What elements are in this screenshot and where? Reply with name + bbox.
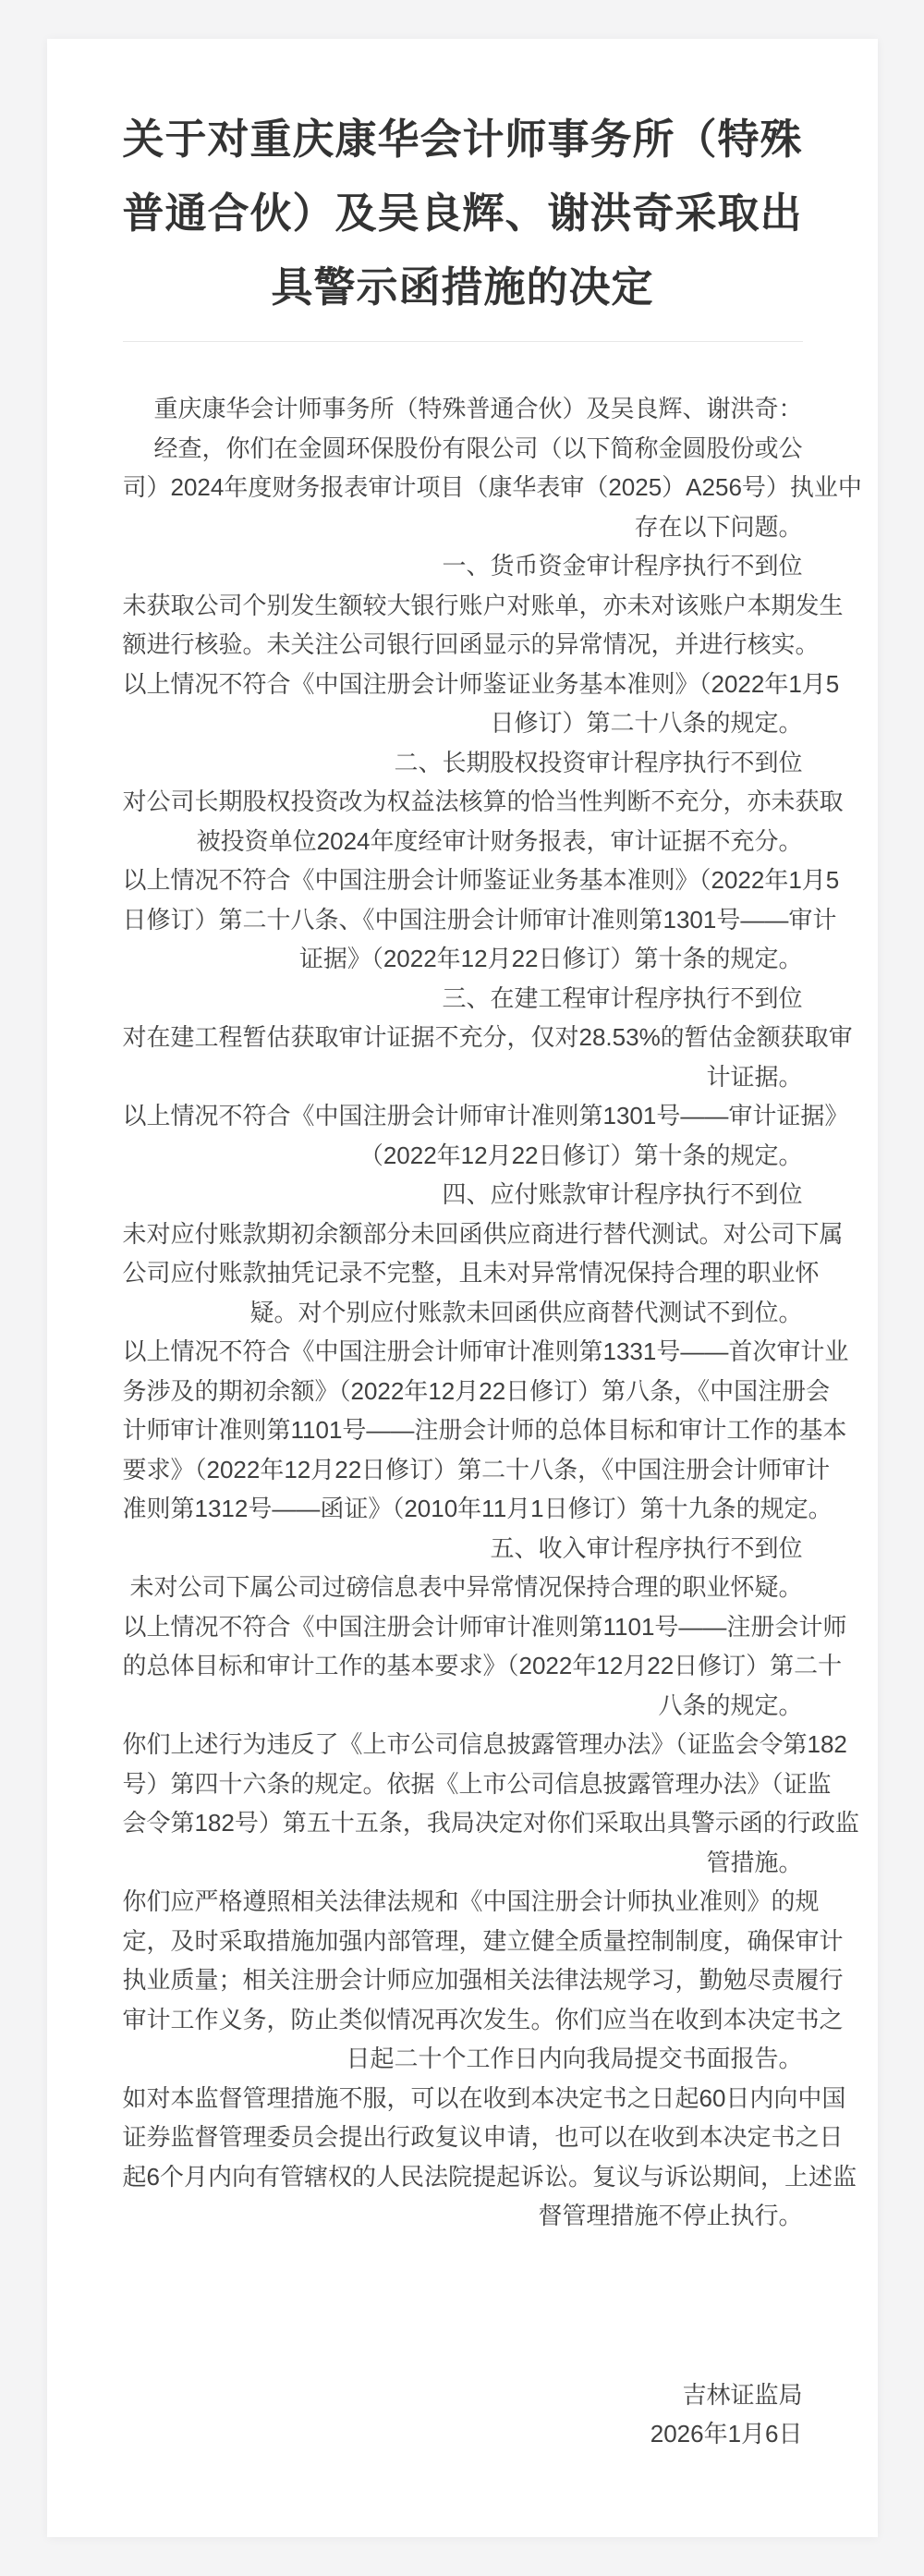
- issue-date: 2026年1月6日: [123, 2414, 803, 2454]
- document-body: 重庆康华会计师事务所（特殊普通合伙）及吴良辉、谢洪奇： 经查，你们在金圆环保股份…: [123, 389, 803, 2236]
- body-text-line: 的总体目标和审计工作的基本要求》（2022年12月22日修订）第二十: [123, 1646, 803, 1686]
- document-title-line: 普通合伙）及吴良辉、谢洪奇采取出: [123, 177, 803, 250]
- body-text-line: 司）2024年度财务报表审计项目（康华表审（2025）A256号）执业中: [123, 468, 803, 507]
- body-text-line: 公司应付账款抽凭记录不完整，且未对异常情况保持合理的职业怀: [123, 1253, 803, 1293]
- body-text-line: 计师审计准则第1101号——注册会计师的总体目标和审计工作的基本: [123, 1410, 803, 1450]
- body-text-line: 管措施。: [123, 1843, 803, 1883]
- body-text-line: 日修订）第二十八条的规定。: [123, 703, 803, 743]
- body-text-line: 日起二十个工作日内向我局提交书面报告。: [123, 2039, 803, 2079]
- body-text-line: 定，及时采取措施加强内部管理，建立健全质量控制制度，确保审计: [123, 1922, 803, 1961]
- body-text-line: 一、货币资金审计程序执行不到位: [123, 546, 803, 586]
- document-title-line: 具警示函措施的决定: [123, 250, 803, 324]
- body-text-line: 八条的规定。: [123, 1686, 803, 1726]
- body-text-line: 疑。对个别应付账款未回函供应商替代测试不到位。: [123, 1293, 803, 1333]
- body-text-line: （2022年12月22日修订）第十条的规定。: [123, 1136, 803, 1176]
- issuer-name: 吉林证监局: [123, 2375, 803, 2415]
- body-text-line: 如对本监督管理措施不服，可以在收到本决定书之日起60日内向中国: [123, 2079, 803, 2118]
- body-text-line: 证据》（2022年12月22日修订）第十条的规定。: [123, 939, 803, 979]
- body-text-line: 务涉及的期初余额》（2022年12月22日修订）第八条，《中国注册会: [123, 1372, 803, 1411]
- body-text-line: 三、在建工程审计程序执行不到位: [123, 979, 803, 1019]
- body-text-line: 你们上述行为违反了《上市公司信息披露管理办法》（证监会令第182: [123, 1725, 803, 1764]
- body-text-line: 五、收入审计程序执行不到位: [123, 1529, 803, 1569]
- body-text-line: 未对公司下属公司过磅信息表中异常情况保持合理的职业怀疑。: [123, 1568, 803, 1607]
- body-text-line: 二、长期股权投资审计程序执行不到位: [123, 743, 803, 783]
- body-text-line: 以上情况不符合《中国注册会计师审计准则第1101号——注册会计师: [123, 1607, 803, 1647]
- body-text-line: 重庆康华会计师事务所（特殊普通合伙）及吴良辉、谢洪奇：: [123, 389, 803, 429]
- body-text-line: 对在建工程暂估获取审计证据不充分，仅对28.53%的暂估金额获取审: [123, 1018, 803, 1057]
- body-text-line: 四、应付账款审计程序执行不到位: [123, 1175, 803, 1215]
- body-text-line: 经查，你们在金圆环保股份有限公司（以下简称金圆股份或公: [123, 429, 803, 469]
- body-text-line: 存在以下问题。: [123, 507, 803, 547]
- body-text-line: 你们应严格遵照相关法律法规和《中国注册会计师执业准则》的规: [123, 1882, 803, 1922]
- body-text-line: 计证据。: [123, 1057, 803, 1097]
- body-text-line: 未获取公司个别发生额较大银行账户对账单，亦未对该账户本期发生: [123, 586, 803, 626]
- body-text-line: 号）第四十六条的规定。依据《上市公司信息披露管理办法》（证监: [123, 1764, 803, 1804]
- body-text-line: 额进行核验。未关注公司银行回函显示的异常情况，并进行核实。: [123, 625, 803, 665]
- body-text-line: 对公司长期股权投资改为权益法核算的恰当性判断不充分，亦未获取: [123, 782, 803, 822]
- body-text-line: 以上情况不符合《中国注册会计师鉴证业务基本准则》（2022年1月5: [123, 665, 803, 704]
- body-text-line: 证券监督管理委员会提出行政复议申请，也可以在收到本决定书之日: [123, 2118, 803, 2157]
- body-text-line: 要求》（2022年12月22日修订）第二十八条，《中国注册会计师审计: [123, 1450, 803, 1490]
- signature-block: 吉林证监局 2026年1月6日: [123, 2375, 803, 2454]
- body-text-line: 未对应付账款期初余额部分未回函供应商进行替代测试。对公司下属: [123, 1215, 803, 1254]
- body-text-line: 以上情况不符合《中国注册会计师审计准则第1301号——审计证据》: [123, 1096, 803, 1136]
- body-text-line: 督管理措施不停止执行。: [123, 2196, 803, 2236]
- body-text-line: 审计工作义务，防止类似情况再次发生。你们应当在收到本决定书之: [123, 2000, 803, 2040]
- body-text-line: 以上情况不符合《中国注册会计师审计准则第1331号——首次审计业: [123, 1332, 803, 1372]
- body-text-line: 被投资单位2024年度经审计财务报表，审计证据不充分。: [123, 822, 803, 861]
- body-text-line: 起6个月内向有管辖权的人民法院提起诉讼。复议与诉讼期间，上述监: [123, 2157, 803, 2197]
- document-title-line: 关于对重庆康华会计师事务所（特殊: [123, 103, 803, 177]
- body-text-line: 准则第1312号——函证》（2010年11月1日修订）第十九条的规定。: [123, 1489, 803, 1529]
- title-divider: [123, 341, 803, 342]
- body-text-line: 日修订）第二十八条、《中国注册会计师审计准则第1301号——审计: [123, 900, 803, 940]
- body-text-line: 执业质量；相关注册会计师应加强相关法律法规学习，勤勉尽责履行: [123, 1960, 803, 2000]
- document-title: 关于对重庆康华会计师事务所（特殊 普通合伙）及吴良辉、谢洪奇采取出 具警示函措施…: [123, 103, 803, 324]
- page-background: { "colors": { "page_background": "#f4f4f…: [0, 0, 924, 2576]
- document-card: 关于对重庆康华会计师事务所（特殊 普通合伙）及吴良辉、谢洪奇采取出 具警示函措施…: [47, 39, 878, 2537]
- body-text-line: 以上情况不符合《中国注册会计师鉴证业务基本准则》（2022年1月5: [123, 861, 803, 900]
- body-text-line: 会令第182号）第五十五条，我局决定对你们采取出具警示函的行政监: [123, 1803, 803, 1843]
